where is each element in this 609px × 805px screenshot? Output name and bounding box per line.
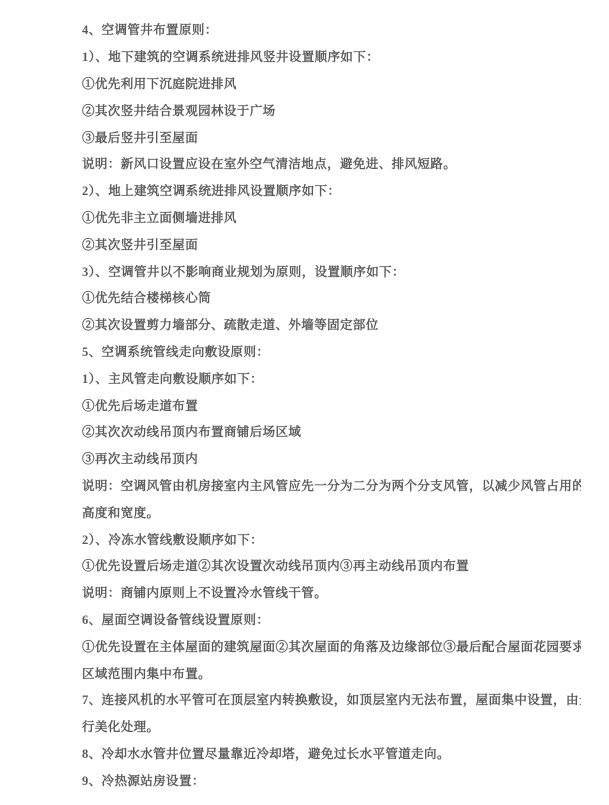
sub-heading-3: 3）、空调管井以不影响商业规划为原则，设置顺序如下： <box>82 257 581 284</box>
note-continuation: 高度和宽度。 <box>82 498 581 525</box>
section-5-heading: 5、空调系统管线走向敷设原则： <box>82 338 581 365</box>
circled-item-1: ①优先非主立面侧墙进排风 <box>82 204 581 231</box>
document-page: 4、空调管井布置原则： 1）、地下建筑的空调系统进排风竖井设置顺序如下： ①优先… <box>0 0 609 805</box>
section-4-heading: 4、空调管井布置原则： <box>82 16 581 43</box>
paragraph-continuation: 区域范围内集中布置。 <box>82 659 581 686</box>
section-6-heading: 6、屋面空调设备管线设置原则： <box>82 606 581 633</box>
sub-heading-1: 1）、主风管走向敷设顺序如下： <box>82 364 581 391</box>
section-8-heading: 8、冷却水水管井位置尽量靠近冷却塔，避免过长水平管道走向。 <box>82 740 581 767</box>
sub-heading-2: 2）、地上建筑空调系统进排风设置顺序如下： <box>82 177 581 204</box>
note-line: 说明：空调风管由机房接室内主风管应先一分为二分为两个分支风管，以减少风管占用的动… <box>82 472 581 499</box>
sub-heading-2: 2）、冷冻水管线敷设顺序如下： <box>82 525 581 552</box>
circled-item-3: ③最后竖井引至屋面 <box>82 123 581 150</box>
note-line: 说明：商铺内原则上不设置冷水管线干管。 <box>82 579 581 606</box>
section-7-heading: 7、连接风机的水平管可在顶层室内转换敷设，如顶层室内无法布置，屋面集中设置，由景… <box>82 686 581 713</box>
sub-heading-1: 1）、地下建筑的空调系统进排风竖井设置顺序如下： <box>82 43 581 70</box>
circled-item-1: ①优先利用下沉庭院进排风 <box>82 70 581 97</box>
circled-item-2: ②其次设置剪力墙部分、疏散走道、外墙等固定部位 <box>82 311 581 338</box>
circled-item-2: ②其次次动线吊顶内布置商铺后场区域 <box>82 418 581 445</box>
circled-items-inline: ①优先设置后场走道②其次设置次动线吊顶内③再主动线吊顶内布置 <box>82 552 581 579</box>
note-line: 说明：新风口设置应设在室外空气清洁地点，避免进、排风短路。 <box>82 150 581 177</box>
circled-item-2: ②其次竖井引至屋面 <box>82 230 581 257</box>
circled-item-1: ①优先后场走道布置 <box>82 391 581 418</box>
circled-item-2: ②其次竖井结合景观园林设于广场 <box>82 96 581 123</box>
circled-item-3: ③再次主动线吊顶内 <box>82 445 581 472</box>
circled-item-1: ①优先结合楼梯核心筒 <box>82 284 581 311</box>
paragraph-continuation: 行美化处理。 <box>82 713 581 740</box>
section-9-heading: 9、冷热源站房设置： <box>82 766 581 793</box>
circled-items-inline: ①优先设置在主体屋面的建筑屋面②其次屋面的角落及边缘部位③最后配合屋面花园要求局… <box>82 632 581 659</box>
